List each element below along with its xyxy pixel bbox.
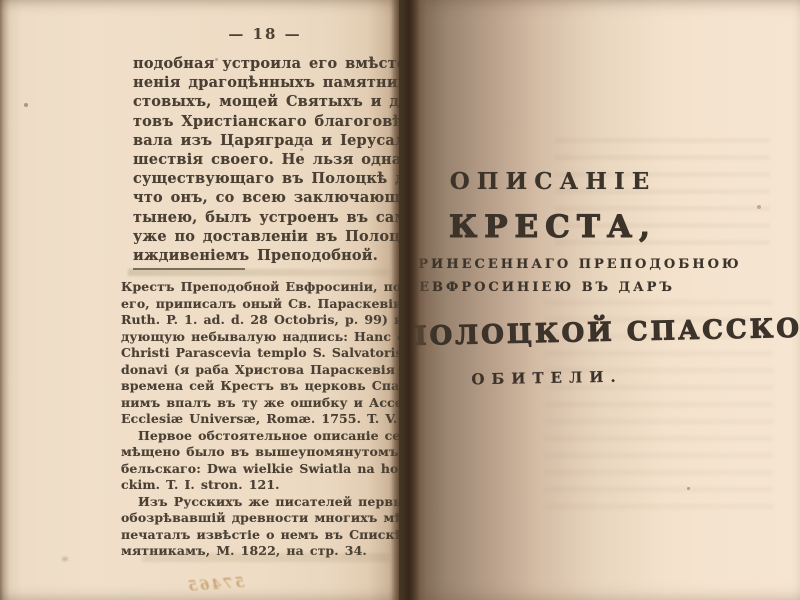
footnote-line: Ecclesiæ Universæ, Romæ. 1755. T. V. p. … bbox=[121, 411, 399, 428]
footnote-line: дующую небывалую надпись: Hanc crucem eg… bbox=[121, 329, 399, 346]
footnote-line: Изъ Русскихъ же писателей первый Г. Кепп bbox=[121, 494, 399, 511]
body-line: подобная устроила его вмѣсто ковчега для… bbox=[133, 54, 399, 73]
paper-stain bbox=[24, 103, 28, 107]
showthrough-smudge bbox=[128, 269, 390, 276]
footnote-line: Крестъ Преподобной Евфросиніи, по забывш… bbox=[121, 279, 399, 296]
body-line: вала изъ Царяграда и Іерусалима, еще до … bbox=[133, 131, 399, 150]
paper-stain bbox=[62, 557, 68, 561]
footnote-line: его, приписалъ оный Св. Параскевіи (Spec… bbox=[121, 296, 399, 313]
title-line: ОПИСАНІЕ bbox=[410, 168, 696, 195]
title-line: ЕВФРОСИНІЕЮ ВЪ ДАРЪ bbox=[405, 280, 689, 295]
body-line: ненія драгоцѣнныхъ памятниковъ страданій… bbox=[133, 73, 399, 92]
footnote-line: donavi (я раба Христова Параскевія отдал… bbox=[121, 362, 399, 379]
footnote-line: ckim. T. I. stron. 121. bbox=[121, 477, 399, 494]
footnote-line: бельскаго: Dwa wielkie Swiatla na horyzo… bbox=[121, 461, 399, 478]
title-line: ОБИТЕЛИ. bbox=[405, 367, 689, 390]
footnote-line: печаталъ извѣстіе о немъ въ Спискѣ Русск… bbox=[121, 527, 399, 544]
body-line: уже по доставленіи въ Полоцкъ украш bbox=[133, 227, 399, 246]
footnote-line: Ruth. P. 1. ad. d. 28 Octobris, p. 99) и… bbox=[121, 312, 399, 329]
body-text-block: подобная устроила его вмѣсто ковчега для… bbox=[133, 54, 399, 265]
title-line: КРЕСТА, bbox=[410, 209, 696, 245]
title-line: ПРИНЕСЕННАГО ПРЕПОДОБНОЮ bbox=[405, 257, 703, 272]
inventory-mark-showthrough: 57465 bbox=[186, 575, 246, 595]
footnote-line: Christi Parascevia templo S. Salvatoris … bbox=[121, 345, 399, 362]
footnote-line: мѣщено было въ вышеупомянутомъ сочиненіи… bbox=[121, 444, 399, 461]
body-line: что онъ, со всею заключающеюся въ немъ С bbox=[133, 188, 399, 207]
paper-stain bbox=[687, 487, 690, 490]
book-scan: — 18 — подобная устроила его вмѣсто ковч… bbox=[0, 0, 800, 600]
footnote-line: нимъ впалъ въ ту же ошибку и Ассемани (K… bbox=[121, 395, 399, 412]
body-line: товъ Христіанскаго благоговѣнія, кои вын… bbox=[133, 112, 399, 131]
body-line: стовыхъ, мощей Святыхъ и другихъ пред bbox=[133, 92, 399, 111]
footnote-line: обозрѣвавшій древности многихъ мѣстъ Рос… bbox=[121, 510, 399, 527]
right-page: ОПИСАНІЕ КРЕСТА, ПРИНЕСЕННАГО ПРЕПОДОБНО… bbox=[405, 0, 800, 600]
page-number: — 18 — bbox=[130, 25, 399, 43]
body-line: существующаго въ Полоцкѣ древняго пред bbox=[133, 169, 399, 188]
footnote-block: Крестъ Преподобной Евфросиніи, по забывш… bbox=[121, 279, 399, 560]
body-line: иждивеніемъ Преподобной. bbox=[133, 246, 399, 265]
body-line: шествія своего. Не льзя однакожь отверга bbox=[133, 150, 399, 169]
footnote-line: мятникамъ, М. 1822, на стр. 34. bbox=[121, 543, 399, 560]
book-gutter-shadow bbox=[391, 0, 433, 600]
body-line: тынею, былъ устроенъ въ самомъ Іерусалим bbox=[133, 208, 399, 227]
paper-stain bbox=[757, 205, 761, 209]
footnote-line: Первое обстоятельное описаніе сего Крест… bbox=[121, 428, 399, 445]
title-line: ПОЛОЦКОЙ СПАССКОЙ bbox=[405, 316, 694, 352]
footnote-rule bbox=[133, 268, 245, 270]
left-page: — 18 — подобная устроила его вмѣсто ковч… bbox=[0, 0, 399, 600]
footnote-line: времена сей Крестъ въ церковь Спаса). Въ… bbox=[121, 378, 399, 395]
